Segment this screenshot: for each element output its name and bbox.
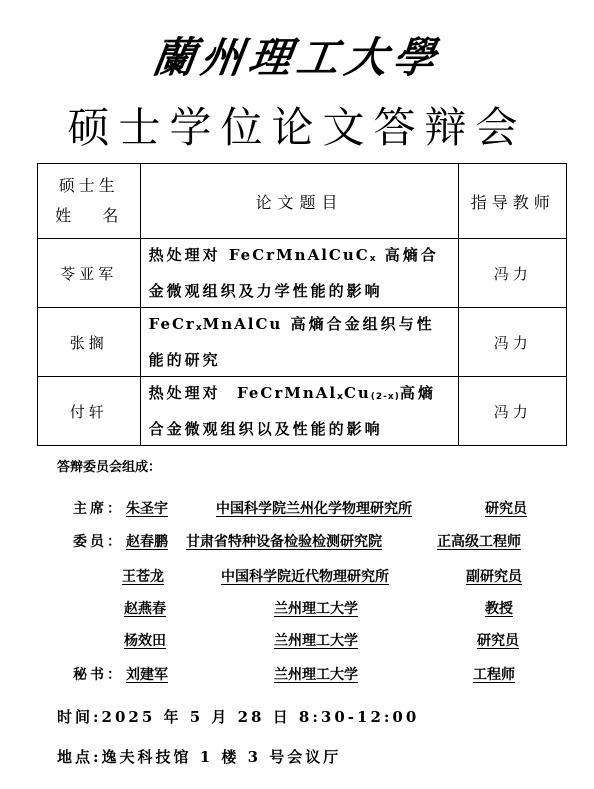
table-row: 苓亚军 热处理对 FeCrMnAlCuCx 高熵合金微观组织及力学性能的影响 冯… [38, 239, 567, 308]
committee-member-row: 委员： 赵春鹏 甘肃省特种设备检验检测研究院 正高级工程师 [0, 531, 594, 553]
topic-subscript: x [196, 323, 203, 333]
table-row: 张搁 FeCrxMnAlCu 高熵合金组织与性能的研究 冯力 [38, 308, 567, 377]
defense-location: 地点:逸夫科技馆 1 楼 3 号会议厅 [57, 746, 341, 767]
member-org: 甘肃省特种设备检验检测研究院 [186, 531, 382, 551]
topic-subscript: x [337, 392, 344, 402]
advisor-name: 冯力 [459, 308, 567, 377]
header-student-line1: 硕士生 [38, 171, 140, 201]
committee-member-row: 赵燕春 兰州理工大学 教授 [0, 598, 594, 620]
committee-title: 答辩委员会组成： [57, 456, 161, 475]
topic-formula: FeCrMnAlCuC [229, 246, 370, 264]
defense-time: 时间:2025 年 5 月 28 日 8:30-12:00 [57, 706, 419, 727]
header-topic: 论文题目 [140, 164, 459, 239]
topic-text: 热处理对 [149, 246, 229, 264]
student-name: 苓亚军 [38, 239, 141, 308]
header-student: 硕士生 姓 名 [38, 164, 141, 239]
topic-subscript: x [370, 254, 377, 264]
topic-text: 热处理对 [149, 384, 237, 402]
table-row: 付轩 热处理对 FeCrMnAlxCu(2-x)高熵合金微观组织以及性能的影响 … [38, 377, 567, 446]
member-rank: 正高级工程师 [437, 531, 521, 551]
member-role: 主席： [73, 498, 124, 518]
member-org: 兰州理工大学 [274, 598, 358, 618]
member-rank: 教授 [485, 598, 513, 618]
topic-formula: FeCr [149, 315, 196, 333]
member-org: 中国科学院近代物理研究所 [221, 566, 389, 586]
advisor-name: 冯力 [459, 377, 567, 446]
member-org: 兰州理工大学 [274, 664, 358, 684]
member-name: 刘建军 [126, 664, 168, 684]
university-logo: 蘭州理工大學 [0, 28, 594, 88]
header-student-line2: 姓 名 [38, 201, 140, 231]
member-name: 王苍龙 [122, 566, 164, 586]
member-role: 秘书： [73, 664, 124, 684]
topic-formula: FeCrMnAl [237, 384, 337, 402]
page-title: 硕士学位论文答辩会 [0, 100, 594, 156]
member-rank: 研究员 [477, 630, 519, 650]
member-role: 委员： [73, 531, 124, 551]
thesis-topic: 热处理对 FeCrMnAlCuCx 高熵合金微观组织及力学性能的影响 [140, 239, 459, 308]
member-rank: 工程师 [473, 664, 515, 684]
committee-member-row: 秘书： 刘建军 兰州理工大学 工程师 [0, 664, 594, 686]
table-header-row: 硕士生 姓 名 论文题目 指导教师 [38, 164, 567, 239]
member-name: 杨效田 [124, 630, 166, 650]
topic-formula: MnAlCu [203, 315, 283, 333]
header-advisor: 指导教师 [459, 164, 567, 239]
member-org: 中国科学院兰州化学物理研究所 [216, 498, 412, 518]
member-org: 兰州理工大学 [274, 630, 358, 650]
thesis-topic: FeCrxMnAlCu 高熵合金组织与性能的研究 [140, 308, 459, 377]
committee-member-row: 主席： 朱圣宇 中国科学院兰州化学物理研究所 研究员 [0, 498, 594, 520]
topic-formula: Cu [344, 384, 371, 402]
thesis-topic: 热处理对 FeCrMnAlxCu(2-x)高熵合金微观组织以及性能的影响 [140, 377, 459, 446]
advisor-name: 冯力 [459, 239, 567, 308]
member-name: 赵燕春 [124, 598, 166, 618]
topic-subscript: (2-x) [371, 392, 400, 402]
student-name: 张搁 [38, 308, 141, 377]
member-rank: 副研究员 [466, 566, 522, 586]
student-name: 付轩 [38, 377, 141, 446]
member-name: 朱圣宇 [126, 498, 168, 518]
member-rank: 研究员 [485, 498, 527, 518]
committee-member-row: 王苍龙 中国科学院近代物理研究所 副研究员 [0, 566, 594, 588]
member-name: 赵春鹏 [126, 531, 168, 551]
committee-member-row: 杨效田 兰州理工大学 研究员 [0, 630, 594, 652]
thesis-table: 硕士生 姓 名 论文题目 指导教师 苓亚军 热处理对 FeCrMnAlCuCx … [37, 163, 567, 446]
